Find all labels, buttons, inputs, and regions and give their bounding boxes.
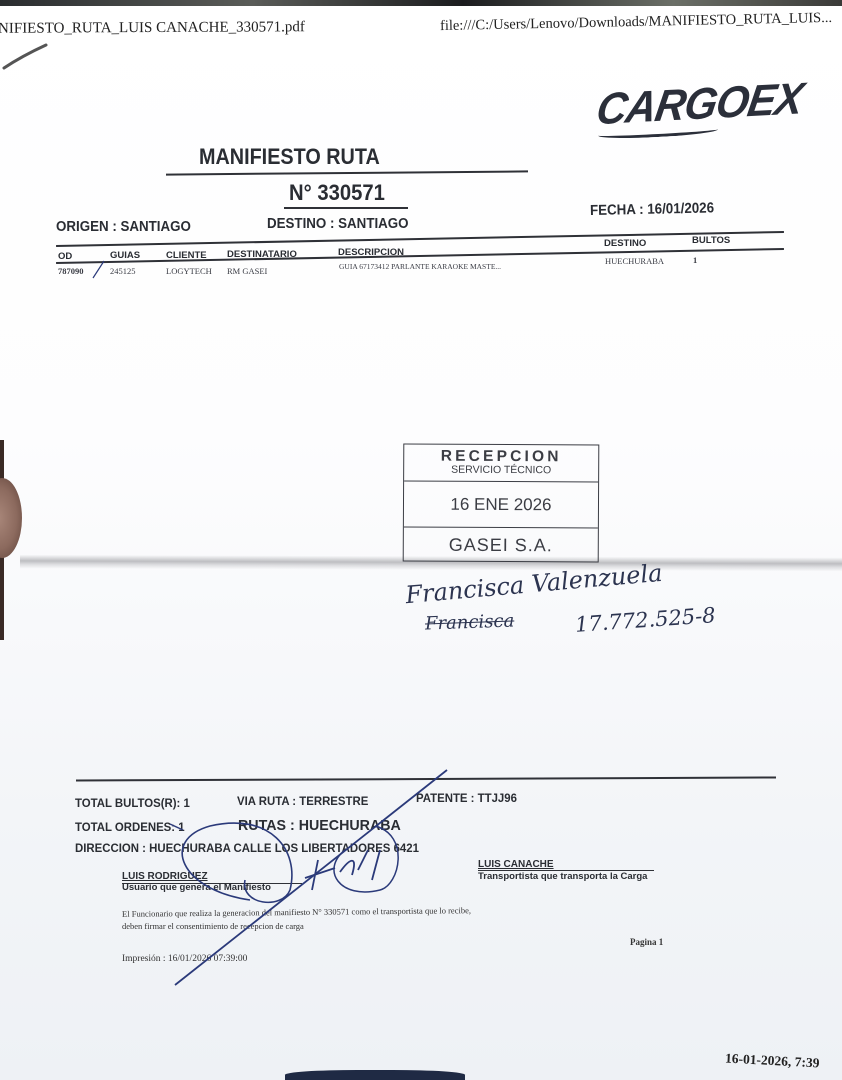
photo-background-bottom (285, 1070, 465, 1080)
fecha-field: FECHA : 16/01/2026 (590, 200, 714, 219)
manifest-number: N° 330571 (289, 180, 385, 206)
cell-descripcion: GUIA 67173412 PARLANTE KARAOKE MASTE... (339, 262, 501, 271)
cell-cliente: LOGYTECH (166, 266, 212, 276)
print-timestamp: Impresión : 16/01/2026 07:39:00 (122, 954, 247, 964)
stamp-company: GASEI S.A. (404, 528, 598, 561)
generator-name: LUIS RODRIGUEZ (122, 871, 208, 882)
cell-guias: 245125 (110, 266, 136, 276)
destino-field: DESTINO : SANTIAGO (267, 216, 409, 232)
cell-destinatario: RM GASEI (227, 266, 267, 276)
carrier-role: Transportista que transporta la Carga (478, 871, 647, 882)
total-ordenes: TOTAL ORDENES: 1 (75, 820, 185, 834)
col-header-od: OD (58, 251, 72, 262)
direccion: DIRECCION : HUECHURABA CALLE LOS LIBERTA… (75, 841, 419, 855)
cell-destino: HUECHURABA (605, 256, 664, 266)
col-header-destino: DESTINO (604, 238, 646, 249)
cell-bultos: 1 (693, 255, 697, 265)
stamp-subtitle: SERVICIO TÉCNICO (404, 463, 598, 476)
carrier-name: LUIS CANACHE (478, 859, 554, 870)
page-number: Pagina 1 (630, 937, 663, 947)
via-ruta: VIA RUTA : TERRESTRE (237, 794, 368, 808)
rutas: RUTAS : HUECHURABA (238, 817, 401, 834)
col-header-destinatario: DESTINATARIO (227, 249, 297, 260)
col-header-guias: GUIAS (110, 250, 140, 261)
total-bultos: TOTAL BULTOS(R): 1 (75, 796, 190, 810)
reception-stamp: RECEPCION SERVICIO TÉCNICO 16 ENE 2026 G… (403, 443, 600, 562)
origen-field: ORIGEN : SANTIAGO (56, 219, 191, 235)
page-title: MANIFIESTO RUTA (199, 144, 380, 170)
notice-line-2: deben firmar el consentimiento de recepc… (122, 921, 304, 931)
col-header-cliente: CLIENTE (166, 250, 207, 261)
handwritten-signature: Francisca (425, 610, 515, 634)
generator-role: Usuario que genera el Manifiesto (122, 882, 271, 893)
col-header-descripcion: DESCRIPCION (338, 247, 404, 258)
cell-od: 787090 (58, 266, 84, 276)
pen-stroke-icon (2, 42, 50, 70)
number-rule (284, 207, 408, 209)
pdf-filename: NIFIESTO_RUTA_LUIS CANACHE_330571.pdf (0, 19, 305, 38)
stamp-date: 16 ENE 2026 (404, 482, 598, 528)
col-header-bultos: BULTOS (692, 235, 730, 246)
patente: PATENTE : TTJJ96 (416, 791, 517, 805)
